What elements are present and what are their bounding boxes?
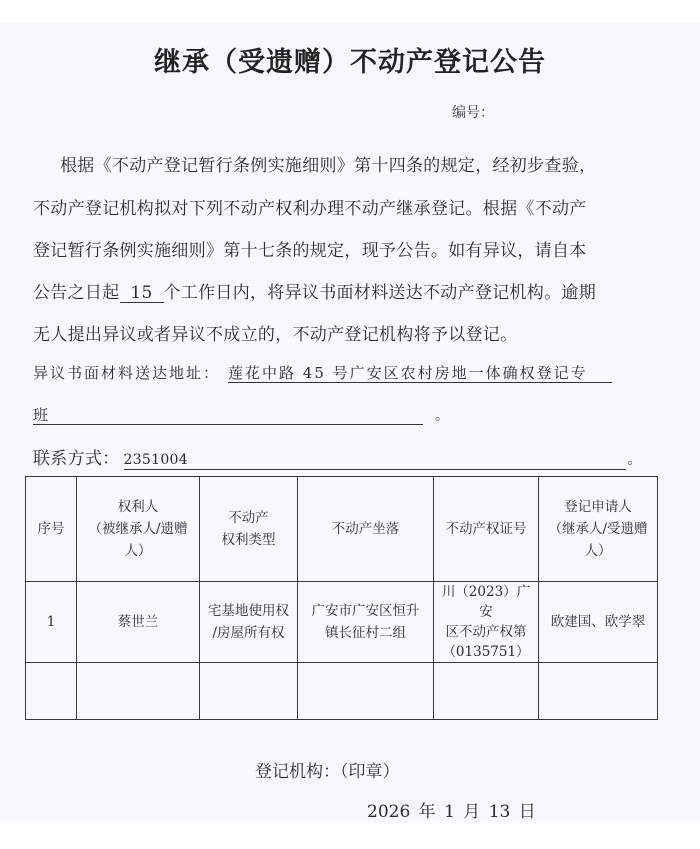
working-days-value: 15 xyxy=(120,284,164,303)
cell-applicants: 欧建国、欧学翠 xyxy=(539,582,658,663)
address-line-2: 班。 xyxy=(33,405,449,425)
table-row: 1 蔡世兰 宅基地使用权 /房屋所有权 广安市广安区恒升 镇长征村二组 川（20… xyxy=(26,582,658,663)
document-title: 继承（受遗赠）不动产登记公告 xyxy=(0,40,700,79)
header-right-type: 不动产 权利类型 xyxy=(200,477,298,582)
body-line-2: 不动产登记机构拟对下列不动产权利办理不动产继承登记。根据《不动产 xyxy=(33,194,587,219)
cell-applicants xyxy=(539,663,658,720)
header-certificate: 不动产权证号 xyxy=(434,477,539,582)
contact-line: 联系方式：2351004。 xyxy=(33,444,642,470)
cell-right-type xyxy=(200,663,298,720)
address-value-continued: 班 xyxy=(33,406,423,425)
body-line-3: 登记暂行条例实施细则》第十七条的规定，现予公告。如有异议，请自本 xyxy=(33,236,587,261)
body-line-1: 根据《不动产登记暂行条例实施细则》第十四条的规定，经初步查验， xyxy=(60,151,596,176)
body-line-4: 公告之日起15个工作日内，将异议书面材料送达不动产登记机构。逾期 xyxy=(33,278,596,303)
address-line: 异议书面材料送达地址：莲花中路 45 号广安区农村房地一体确权登记专 xyxy=(33,362,612,383)
body-line-5: 无人提出异议或者异议不成立的，不动产登记机构将予以登记。 xyxy=(33,320,517,345)
cell-location xyxy=(298,663,434,720)
header-applicants: 登记申请人 （继承人/受遗赠 人） xyxy=(539,477,658,582)
contact-end-mark: 。 xyxy=(628,452,642,468)
table-header-row: 序号 权利人 （被继承人/遗赠 人） 不动产 权利类型 不动产坐落 不动产权证号… xyxy=(26,477,658,582)
notice-date: 2026 年 1 月 13 日 xyxy=(367,797,536,822)
contact-value: 2351004 xyxy=(124,451,626,470)
registration-table: 序号 权利人 （被继承人/遗赠 人） 不动产 权利类型 不动产坐落 不动产权证号… xyxy=(25,476,658,720)
cell-right-type: 宅基地使用权 /房屋所有权 xyxy=(200,582,298,663)
cell-certificate xyxy=(434,663,539,720)
table-row xyxy=(26,663,658,720)
address-label: 异议书面材料送达地址： xyxy=(33,364,220,382)
header-location: 不动产坐落 xyxy=(298,477,434,582)
line4-prefix: 公告之日起 xyxy=(33,283,120,303)
header-decedent: 权利人 （被继承人/遗赠 人） xyxy=(77,477,200,582)
address-end-mark: 。 xyxy=(435,408,449,424)
cell-decedent xyxy=(77,663,200,720)
cell-location: 广安市广安区恒升 镇长征村二组 xyxy=(298,582,434,663)
cell-decedent: 蔡世兰 xyxy=(77,582,200,663)
contact-label: 联系方式： xyxy=(33,449,120,469)
cell-certificate: 川（2023）广安 区不动产权第 （0135751） xyxy=(434,582,539,663)
cell-index xyxy=(26,663,77,720)
serial-number-label: 编号： xyxy=(452,102,494,122)
line4-suffix: 个工作日内，将异议书面材料送达不动产登记机构。逾期 xyxy=(164,283,597,303)
header-index: 序号 xyxy=(26,477,77,582)
registration-authority-seal: 登记机构：（印章） xyxy=(255,757,400,782)
cell-index: 1 xyxy=(26,582,77,663)
address-value: 莲花中路 45 号广安区农村房地一体确权登记专 xyxy=(228,364,612,383)
